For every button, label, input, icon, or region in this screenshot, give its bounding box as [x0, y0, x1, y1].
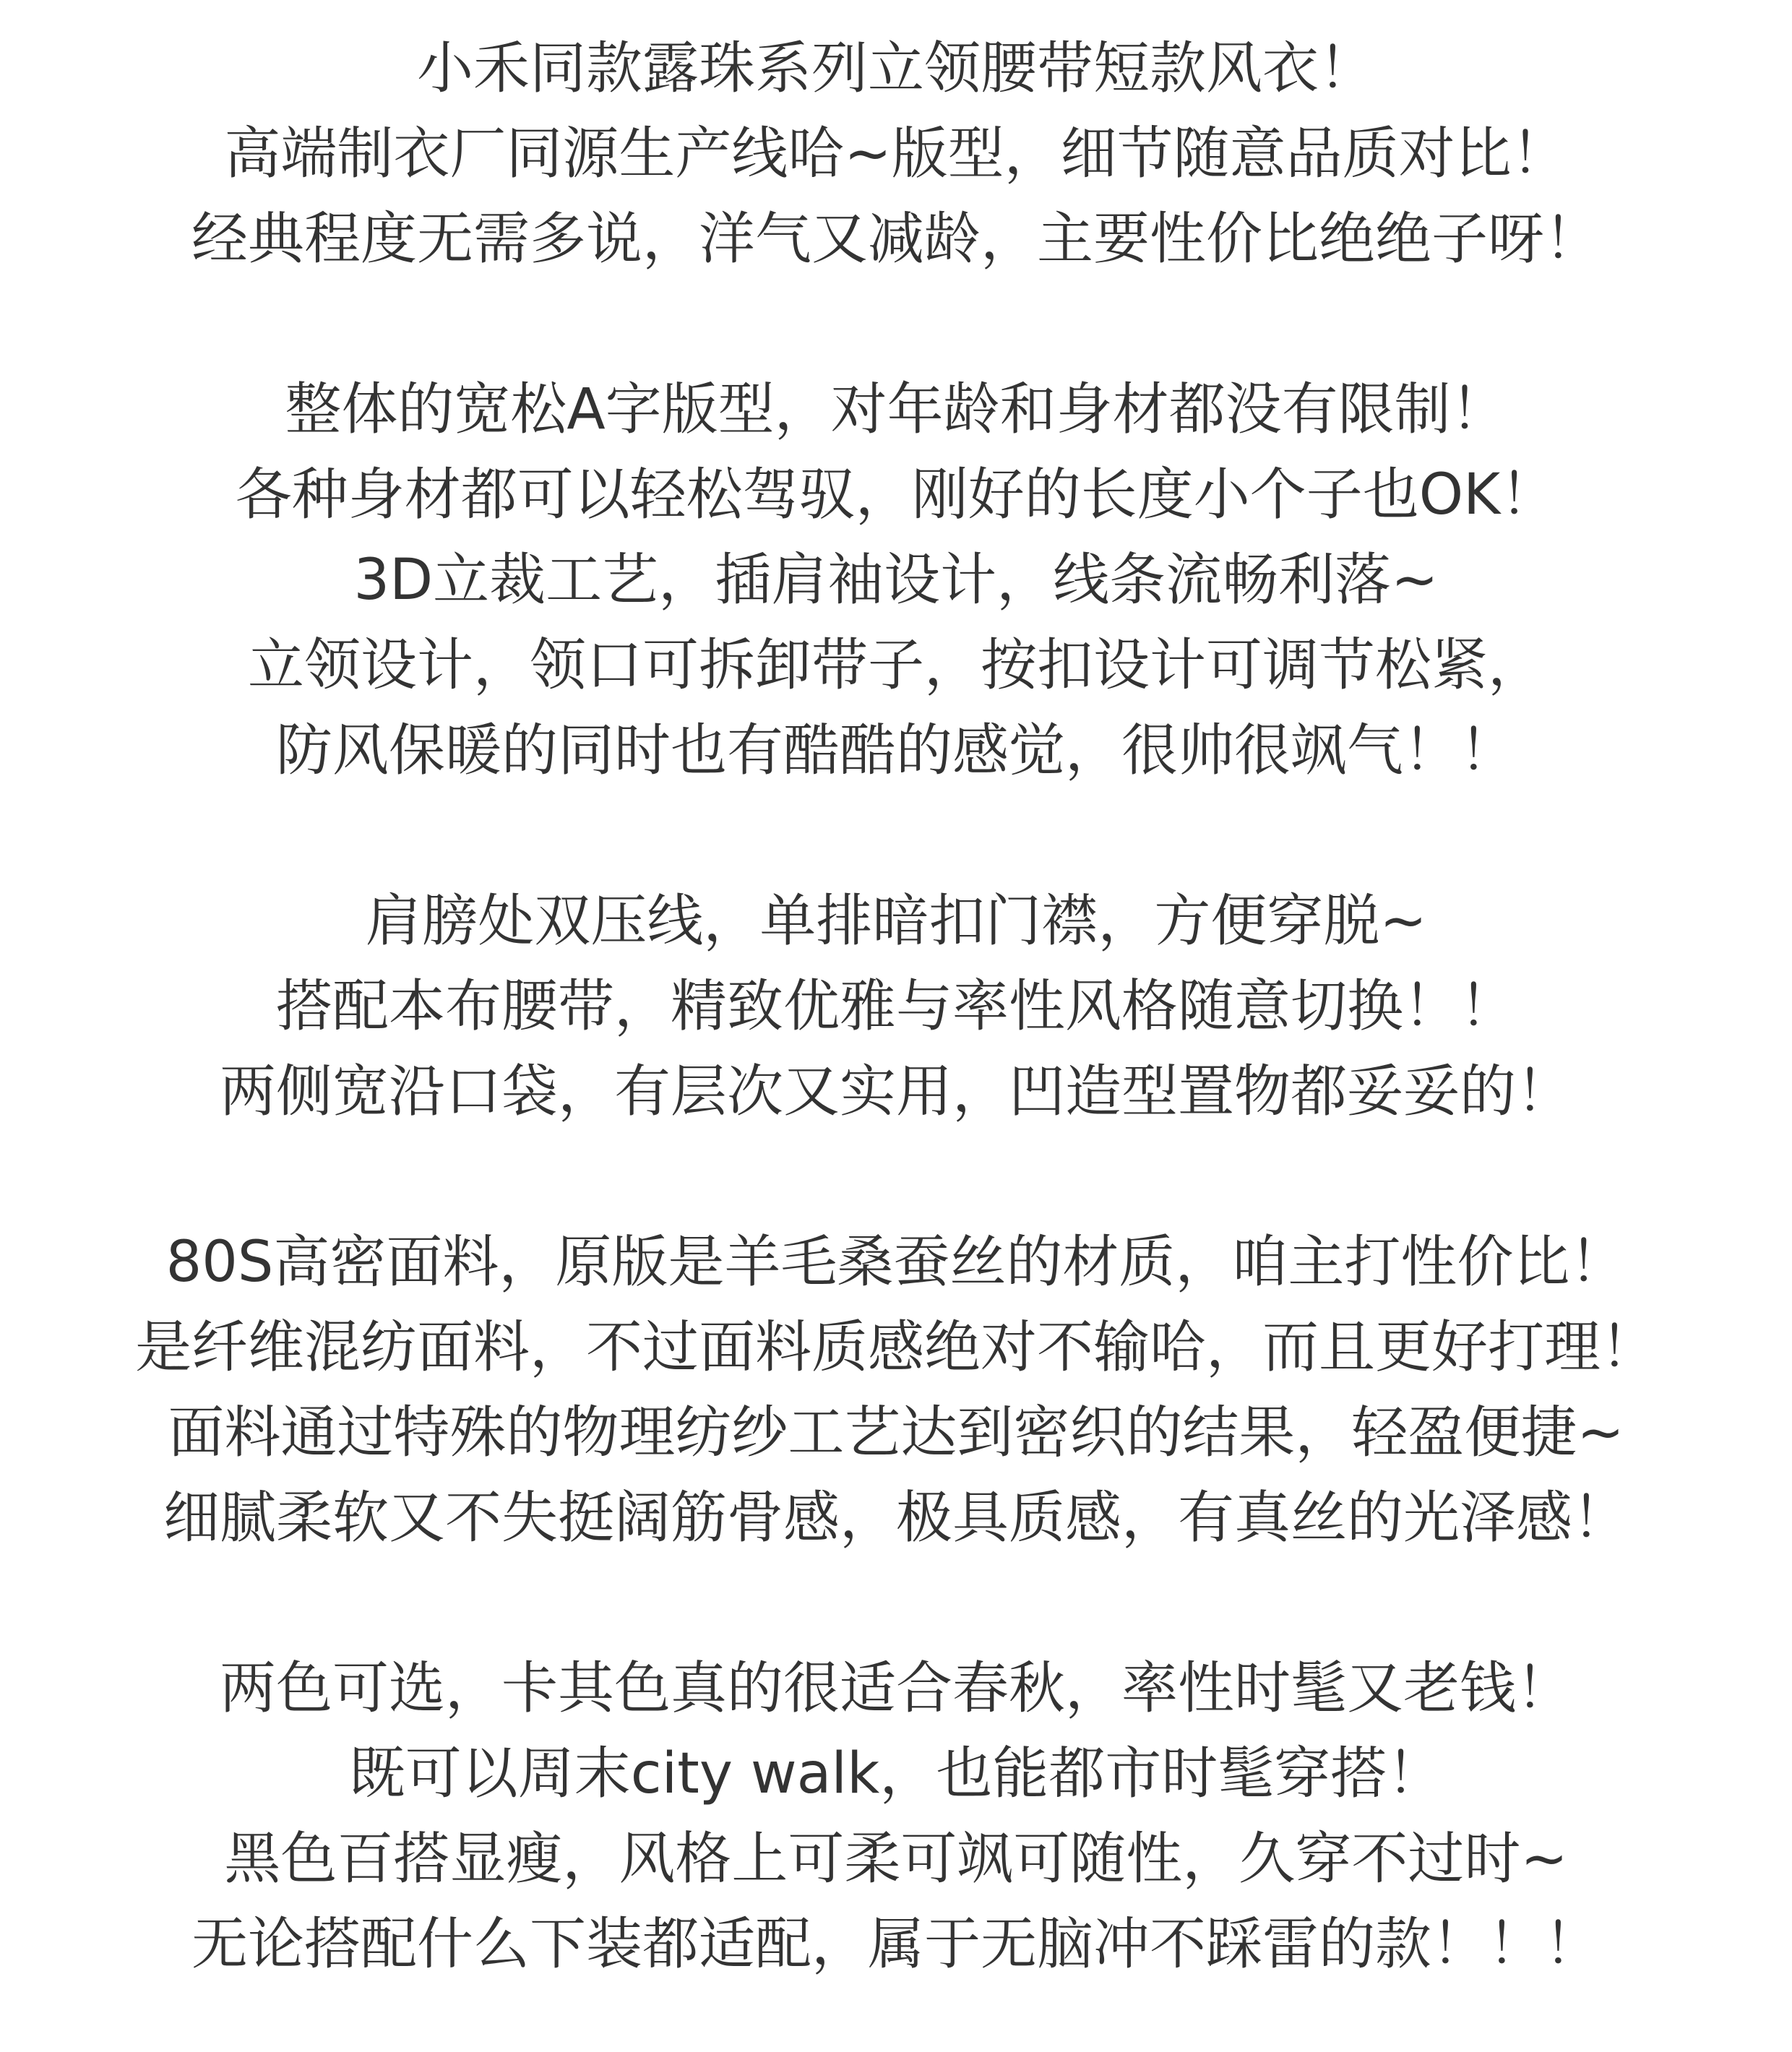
paragraph-fit: 整体的宽松A字版型，对年龄和身材都没有限制！ 各种身材都可以轻松驾驭，刚好的长度… — [0, 367, 1792, 793]
description-line: 搭配本布腰带，精致优雅与率性风格随意切换！！ — [0, 964, 1792, 1049]
description-line: 黑色百搭显瘦，风格上可柔可飒可随性，久穿不过时~ — [0, 1816, 1792, 1902]
product-description-page: 小禾同款露珠系列立领腰带短款风衣！ 高端制衣厂同源生产线哈~版型，细节随意品质对… — [0, 0, 1792, 1987]
description-line: 高端制衣厂同源生产线哈~版型，细节随意品质对比！ — [0, 111, 1792, 197]
description-line: 两侧宽沿口袋，有层次又实用，凹造型置物都妥妥的！ — [0, 1049, 1792, 1134]
description-line: 各种身材都可以轻松驾驭，刚好的长度小个子也OK！ — [0, 452, 1792, 538]
description-line: 是纤维混纺面料，不过面料质感绝对不输哈，而且更好打理！ — [0, 1305, 1792, 1390]
description-line: 立领设计，领口可拆卸带子，按扣设计可调节松紧， — [0, 623, 1792, 708]
description-line: 肩膀处双压线，单排暗扣门襟，方便穿脱~ — [0, 879, 1792, 964]
description-line: 80S高密面料，原版是羊毛桑蚕丝的材质，咱主打性价比！ — [0, 1220, 1792, 1305]
paragraph-colors: 两色可选，卡其色真的很适合春秋，率性时髦又老钱！ 既可以周末city walk，… — [0, 1646, 1792, 1987]
description-line: 防风保暖的同时也有酷酷的感觉，很帅很飒气！！ — [0, 708, 1792, 793]
description-line: 整体的宽松A字版型，对年龄和身材都没有限制！ — [0, 367, 1792, 452]
description-line: 3D立裁工艺，插肩袖设计，线条流畅利落~ — [0, 538, 1792, 623]
description-line: 无论搭配什么下装都适配，属于无脑冲不踩雷的款！！！ — [0, 1902, 1792, 1987]
description-line: 两色可选，卡其色真的很适合春秋，率性时髦又老钱！ — [0, 1646, 1792, 1731]
description-line: 细腻柔软又不失挺阔筋骨感，极具质感，有真丝的光泽感！ — [0, 1475, 1792, 1561]
paragraph-details: 肩膀处双压线，单排暗扣门襟，方便穿脱~ 搭配本布腰带，精致优雅与率性风格随意切换… — [0, 879, 1792, 1134]
paragraph-fabric: 80S高密面料，原版是羊毛桑蚕丝的材质，咱主打性价比！ 是纤维混纺面料，不过面料… — [0, 1220, 1792, 1561]
description-line: 面料通过特殊的物理纺纱工艺达到密织的结果，轻盈便捷~ — [0, 1390, 1792, 1475]
description-line: 既可以周末city walk，也能都市时髦穿搭！ — [0, 1731, 1792, 1816]
description-line: 小禾同款露珠系列立领腰带短款风衣！ — [0, 26, 1792, 111]
description-line: 经典程度无需多说，洋气又减龄，主要性价比绝绝子呀！ — [0, 197, 1792, 282]
paragraph-intro: 小禾同款露珠系列立领腰带短款风衣！ 高端制衣厂同源生产线哈~版型，细节随意品质对… — [0, 26, 1792, 282]
